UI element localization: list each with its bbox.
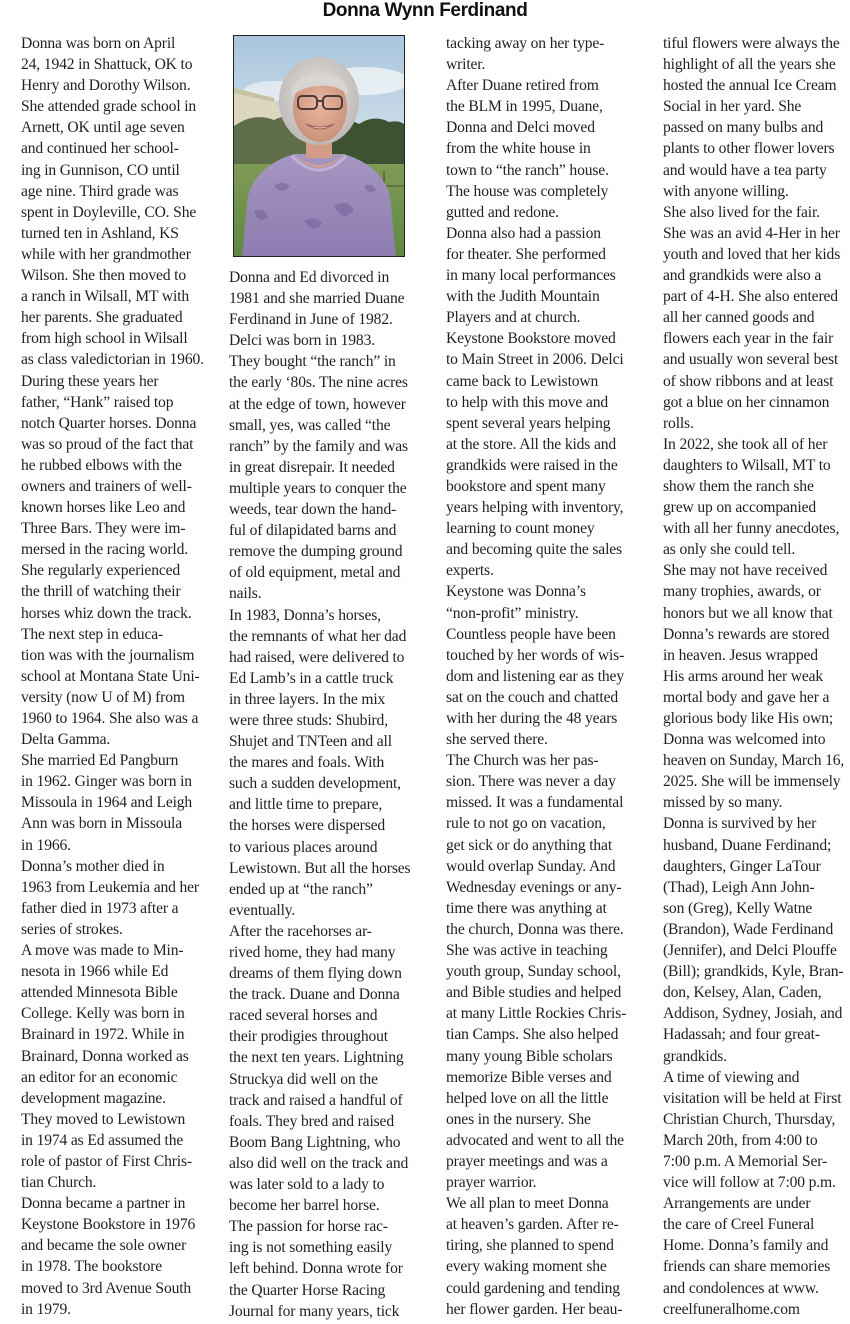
text-line: Keystone Bookstore in 1976	[8, 1214, 208, 1235]
column-1: Donna was born on April24, 1942 in Shatt…	[8, 33, 208, 1320]
text-line: 1960 to 1964. She also was a	[8, 708, 208, 729]
text-line: every waking moment she	[433, 1256, 636, 1277]
text-line: Wednesday evenings or any-	[433, 877, 636, 898]
text-line: ones in the nursery. She	[433, 1109, 636, 1130]
text-line: for theater. She performed	[433, 244, 636, 265]
text-line: helped love on all the little	[433, 1088, 636, 1109]
text-line: She may not have received	[650, 560, 850, 581]
text-line: town to “the ranch” house.	[433, 160, 636, 181]
text-line: series of strokes.	[8, 919, 208, 940]
paragraph: Donna became a partner inKeystone Bookst…	[8, 1193, 208, 1320]
text-line: rived home, they had many	[216, 942, 420, 963]
text-line: become her barrel horse.	[216, 1195, 420, 1216]
text-line: tian Camps. She also helped	[433, 1024, 636, 1045]
text-line: ing in Gunnison, CO until	[8, 160, 208, 181]
text-line: in heaven. Jesus wrapped	[650, 645, 850, 666]
text-line: ing is not something easily	[216, 1237, 420, 1258]
text-line: Ann was born in Missoula	[8, 813, 208, 834]
text-line: 2025. She will be immensely	[650, 771, 850, 792]
text-line: Shujet and TNTeen and all	[216, 731, 420, 752]
text-line: role of pastor of First Chris-	[8, 1151, 208, 1172]
text-line: mortal body and gave her a	[650, 687, 850, 708]
text-line: tion was with the journalism	[8, 645, 208, 666]
text-line: of old equipment, metal and	[216, 562, 420, 583]
text-line: the church, Donna was there.	[433, 919, 636, 940]
text-line: at the edge of town, however	[216, 394, 420, 415]
text-line: Donna was welcomed into	[650, 729, 850, 750]
text-line: years helping with inventory,	[433, 497, 636, 518]
text-line: Brainard in 1972. While in	[8, 1024, 208, 1045]
paragraph: tacking away on her type-writer.	[433, 33, 636, 75]
text-line: memorize Bible verses and	[433, 1067, 636, 1088]
text-line: 24, 1942 in Shattuck, OK to	[8, 54, 208, 75]
text-line: as class valedictorian in 1960.	[8, 349, 208, 370]
text-line: in three layers. In the mix	[216, 689, 420, 710]
text-line: would overlap Sunday. And	[433, 856, 636, 877]
obituary-title: Donna Wynn Ferdinand	[0, 0, 850, 24]
text-line: their prodigies throughout	[216, 1026, 420, 1047]
text-line: Donna was born on April	[8, 33, 208, 54]
text-line: moved to 3rd Avenue South	[8, 1278, 208, 1299]
text-line: such a sudden development,	[216, 773, 420, 794]
text-line: in 1962. Ginger was born in	[8, 771, 208, 792]
text-line: nails.	[216, 583, 420, 604]
text-line: with anyone willing.	[650, 181, 850, 202]
text-line: school at Montana State Uni-	[8, 666, 208, 687]
paragraph: A move was made to Min-nesota in 1966 wh…	[8, 940, 208, 1109]
text-line: heaven on Sunday, March 16,	[650, 750, 850, 771]
text-line: (Thad), Leigh Ann John-	[650, 877, 850, 898]
text-line: the Quarter Horse Racing	[216, 1280, 420, 1301]
paragraph: Donna and Ed divorced in1981 and she mar…	[216, 267, 420, 351]
text-line: to various places around	[216, 837, 420, 858]
text-line: of show ribbons and at least	[650, 371, 850, 392]
text-line: the next ten years. Lightning	[216, 1047, 420, 1068]
text-line: hosted the annual Ice Cream	[650, 75, 850, 96]
text-line: dom and listening ear as they	[433, 666, 636, 687]
text-line: with her during the 48 years	[433, 708, 636, 729]
text-line: Boom Bang Lightning, who	[216, 1132, 420, 1153]
text-line: in 1979.	[8, 1299, 208, 1320]
text-line: from the white house in	[433, 138, 636, 159]
text-line: got a blue on her cinnamon	[650, 392, 850, 413]
text-line: Keystone Bookstore moved	[433, 328, 636, 349]
text-line: honors but we all know that	[650, 603, 850, 624]
text-line: The house was completely	[433, 181, 636, 202]
paragraph: Keystone was Donna’s“non-profit” ministr…	[433, 581, 636, 750]
paragraph: Donna’s mother died in1963 from Leukemia…	[8, 856, 208, 940]
text-line: Arrangements are under	[650, 1193, 850, 1214]
text-line: Missoula in 1964 and Leigh	[8, 792, 208, 813]
text-line: tiring, she planned to spend	[433, 1235, 636, 1256]
text-line: After the racehorses ar-	[216, 921, 420, 942]
text-line: father died in 1973 after a	[8, 898, 208, 919]
text-line: creelfuneralhome.com	[650, 1299, 850, 1320]
text-line: at heaven’s garden. After re-	[433, 1214, 636, 1235]
text-line: her parents. She graduated	[8, 307, 208, 328]
paragraph: tiful flowers were always thehighlight o…	[650, 33, 850, 202]
paragraph: She may not have receivedmany trophies, …	[650, 560, 850, 813]
text-line: Ferdinand in June of 1982.	[216, 309, 420, 330]
text-line: rule to not go on vacation,	[433, 813, 636, 834]
text-line: foals. They bred and raised	[216, 1111, 420, 1132]
text-line: and little time to prepare,	[216, 794, 420, 815]
text-line: came back to Lewistown	[433, 371, 636, 392]
text-line: left behind. Donna wrote for	[216, 1258, 420, 1279]
text-line: and becoming quite the sales	[433, 539, 636, 560]
text-line: She married Ed Pangburn	[8, 750, 208, 771]
text-line: an editor for an economic	[8, 1067, 208, 1088]
text-line: in many local performances	[433, 265, 636, 286]
text-line: turned ten in Ashland, KS	[8, 223, 208, 244]
text-line: show them the ranch she	[650, 476, 850, 497]
text-line: youth and loved that her kids	[650, 244, 850, 265]
text-line: The passion for horse rac-	[216, 1216, 420, 1237]
text-line: “non-profit” ministry.	[433, 603, 636, 624]
text-line: to help with this move and	[433, 392, 636, 413]
paragraph: She married Ed Pangburnin 1962. Ginger w…	[8, 750, 208, 855]
text-line: (Jennifer), and Delci Plouffe	[650, 940, 850, 961]
text-line: Addison, Sydney, Josiah, and	[650, 1003, 850, 1024]
text-line: and continued her school-	[8, 138, 208, 159]
text-line: She attended grade school in	[8, 96, 208, 117]
text-line: many trophies, awards, or	[650, 581, 850, 602]
text-line: tiful flowers were always the	[650, 33, 850, 54]
text-line: Three Bars. They were im-	[8, 518, 208, 539]
text-line: 1963 from Leukemia and her	[8, 877, 208, 898]
text-line: passed on many bulbs and	[650, 117, 850, 138]
text-line: the care of Creel Funeral	[650, 1214, 850, 1235]
text-line: raced several horses and	[216, 1005, 420, 1026]
text-line: They moved to Lewistown	[8, 1109, 208, 1130]
text-line: notch Quarter horses. Donna	[8, 413, 208, 434]
text-line: Wilson. She then moved to	[8, 265, 208, 286]
paragraph: Keystone Bookstore movedto Main Street i…	[433, 328, 636, 581]
portrait-image	[234, 36, 404, 256]
text-line: Hadassah; and four great-	[650, 1024, 850, 1045]
text-line: Arnett, OK until age seven	[8, 117, 208, 138]
text-line: attended Minnesota Bible	[8, 982, 208, 1003]
text-line: dreams of them flying down	[216, 963, 420, 984]
text-line: track and raised a handful of	[216, 1090, 420, 1111]
paragraph: The Church was her pas-sion. There was n…	[433, 750, 636, 940]
column-4: tiful flowers were always thehighlight o…	[650, 33, 850, 1320]
text-line: spent in Doyleville, CO. She	[8, 202, 208, 223]
text-line: and Bible studies and helped	[433, 982, 636, 1003]
text-line: friends can share memories	[650, 1256, 850, 1277]
text-line: at many Little Rockies Chris-	[433, 1003, 636, 1024]
text-line: Social in her yard. She	[650, 96, 850, 117]
text-line: Donna also had a passion	[433, 223, 636, 244]
text-line: multiple years to conquer the	[216, 478, 420, 499]
text-line: Home. Donna’s family and	[650, 1235, 850, 1256]
text-line: ful of dilapidated barns and	[216, 520, 420, 541]
text-line: Donna’s rewards are stored	[650, 624, 850, 645]
text-line: ended up at “the ranch”	[216, 879, 420, 900]
text-line: time there was anything at	[433, 898, 636, 919]
text-line: in 1966.	[8, 835, 208, 856]
text-line: she served there.	[433, 729, 636, 750]
text-line: Delci was born in 1983.	[216, 330, 420, 351]
text-line: grew up on accompanied	[650, 497, 850, 518]
text-line: and grandkids were also a	[650, 265, 850, 286]
text-line: In 1983, Donna’s horses,	[216, 605, 420, 626]
text-line: were three studs: Shubird,	[216, 710, 420, 731]
text-line: flowers each year in the fair	[650, 328, 850, 349]
text-line: His arms around her weak	[650, 666, 850, 687]
text-line: grandkids were raised in the	[433, 455, 636, 476]
text-line: daughters to Wilsall, MT to	[650, 455, 850, 476]
text-line: She was an avid 4-Her in her	[650, 223, 850, 244]
paragraph: In 1983, Donna’s horses,the remnants of …	[216, 605, 420, 921]
paragraph: They moved to Lewistownin 1974 as Ed ass…	[8, 1109, 208, 1193]
paragraph: We all plan to meet Donnaat heaven’s gar…	[433, 1193, 636, 1320]
text-line: he rubbed elbows with the	[8, 455, 208, 476]
text-line: Donna is survived by her	[650, 813, 850, 834]
text-line: while with her grandmother	[8, 244, 208, 265]
paragraph: Donna is survived by herhusband, Duane F…	[650, 813, 850, 1066]
paragraph: She also lived for the fair.She was an a…	[650, 202, 850, 434]
text-line: missed by so many.	[650, 792, 850, 813]
text-line: learning to count money	[433, 518, 636, 539]
text-line: During these years her	[8, 371, 208, 392]
text-line: Journal for many years, tick	[216, 1301, 420, 1322]
text-line: the early ‘80s. The nine acres	[216, 372, 420, 393]
text-line: (Bill); grandkids, Kyle, Bran-	[650, 961, 850, 982]
text-line: The next step in educa-	[8, 624, 208, 645]
text-line: could gardening and tending	[433, 1278, 636, 1299]
text-line: and would have a tea party	[650, 160, 850, 181]
text-line: to Main Street in 2006. Delci	[433, 349, 636, 370]
text-line: vice will follow at 7:00 p.m.	[650, 1172, 850, 1193]
text-line: the horses were dispersed	[216, 815, 420, 836]
portrait-photo	[233, 35, 405, 257]
paragraph: The passion for horse rac-ing is not som…	[216, 1216, 420, 1321]
text-line: Donna and Ed divorced in	[216, 267, 420, 288]
text-line: her flower garden. Her beau-	[433, 1299, 636, 1320]
text-line: glorious body like His own;	[650, 708, 850, 729]
text-line: Donna’s mother died in	[8, 856, 208, 877]
text-line: Lewistown. But all the horses	[216, 858, 420, 879]
text-line: in great disrepair. It needed	[216, 457, 420, 478]
text-line: was so proud of the fact that	[8, 434, 208, 455]
text-line: remove the dumping ground	[216, 541, 420, 562]
text-line: March 20th, from 4:00 to	[650, 1130, 850, 1151]
paragraph: Donna also had a passionfor theater. She…	[433, 223, 636, 328]
text-line: Keystone was Donna’s	[433, 581, 636, 602]
text-line: They bought “the ranch” in	[216, 351, 420, 372]
text-line: at the store. All the kids and	[433, 434, 636, 455]
paragraph: She was active in teachingyouth group, S…	[433, 940, 636, 1193]
text-line: and condolences at www.	[650, 1278, 850, 1299]
text-line: She also lived for the fair.	[650, 202, 850, 223]
column-3: tacking away on her type-writer.After Du…	[433, 33, 636, 1320]
text-line: We all plan to meet Donna	[433, 1193, 636, 1214]
text-line: experts.	[433, 560, 636, 581]
paragraph: They bought “the ranch” inthe early ‘80s…	[216, 351, 420, 604]
text-line: the track. Duane and Donna	[216, 984, 420, 1005]
column-2: Donna and Ed divorced in1981 and she mar…	[216, 33, 420, 1322]
text-line: She regularly experienced	[8, 560, 208, 581]
text-line: a ranch in Wilsall, MT with	[8, 286, 208, 307]
text-line: Donna and Delci moved	[433, 117, 636, 138]
text-line: eventually.	[216, 900, 420, 921]
text-line: prayer meetings and was a	[433, 1151, 636, 1172]
text-line: as only she could tell.	[650, 539, 850, 560]
text-line: 1981 and she married Duane	[216, 288, 420, 309]
paragraph: Donna was born on April24, 1942 in Shatt…	[8, 33, 208, 371]
text-line: versity (now U of M) from	[8, 687, 208, 708]
text-line: the mares and foals. With	[216, 752, 420, 773]
paragraph: After the racehorses ar-rived home, they…	[216, 921, 420, 1216]
text-line: highlight of all the years she	[650, 54, 850, 75]
text-line: all her canned goods and	[650, 307, 850, 328]
text-line: in 1974 as Ed assumed the	[8, 1130, 208, 1151]
text-line: In 2022, she took all of her	[650, 434, 850, 455]
text-line: Players and at church.	[433, 307, 636, 328]
text-line: daughters, Ginger LaTour	[650, 856, 850, 877]
text-line: Delta Gamma.	[8, 729, 208, 750]
text-line: small, yes, was called “the	[216, 415, 420, 436]
text-line: visitation will be held at First	[650, 1088, 850, 1109]
text-line: was later sold to a lady to	[216, 1174, 420, 1195]
text-line: Countless people have been	[433, 624, 636, 645]
text-line: many young Bible scholars	[433, 1046, 636, 1067]
text-line: development magazine.	[8, 1088, 208, 1109]
text-line: bookstore and spent many	[433, 476, 636, 497]
text-line: missed. It was a fundamental	[433, 792, 636, 813]
text-line: Brainard, Donna worked as	[8, 1046, 208, 1067]
text-line: sion. There was never a day	[433, 771, 636, 792]
text-line: from high school in Wilsall	[8, 328, 208, 349]
text-line: rolls.	[650, 413, 850, 434]
text-line: advocated and went to all the	[433, 1130, 636, 1151]
paragraph: After Duane retired fromthe BLM in 1995,…	[433, 75, 636, 223]
text-line: Struckya did well on the	[216, 1069, 420, 1090]
text-line: touched by her words of wis-	[433, 645, 636, 666]
text-line: College. Kelly was born in	[8, 1003, 208, 1024]
text-line: and usually won several best	[650, 349, 850, 370]
text-line: She was active in teaching	[433, 940, 636, 961]
text-line: known horses like Leo and	[8, 497, 208, 518]
text-line: A time of viewing and	[650, 1067, 850, 1088]
text-line: Donna became a partner in	[8, 1193, 208, 1214]
text-line: don, Kelsey, Alan, Caden,	[650, 982, 850, 1003]
text-line: the thrill of watching their	[8, 581, 208, 602]
text-line: After Duane retired from	[433, 75, 636, 96]
text-line: ranch” by the family and was	[216, 436, 420, 457]
text-line: with the Judith Mountain	[433, 286, 636, 307]
text-line: son (Greg), Kelly Watne	[650, 898, 850, 919]
text-line: Christian Church, Thursday,	[650, 1109, 850, 1130]
text-line: with all her funny anecdotes,	[650, 518, 850, 539]
text-line: plants to other flower lovers	[650, 138, 850, 159]
text-line: also did well on the track and	[216, 1153, 420, 1174]
paragraph: Arrangements are underthe care of Creel …	[650, 1193, 850, 1320]
text-line: sat on the couch and chatted	[433, 687, 636, 708]
paragraph: In 2022, she took all of herdaughters to…	[650, 434, 850, 561]
text-line: in 1978. The bookstore	[8, 1256, 208, 1277]
text-line: and became the sole owner	[8, 1235, 208, 1256]
text-line: Henry and Dorothy Wilson.	[8, 75, 208, 96]
text-line: prayer warrior.	[433, 1172, 636, 1193]
text-line: A move was made to Min-	[8, 940, 208, 961]
text-line: father, “Hank” raised top	[8, 392, 208, 413]
paragraph: During these years herfather, “Hank” rai…	[8, 371, 208, 624]
text-line: gutted and redone.	[433, 202, 636, 223]
text-line: tian Church.	[8, 1172, 208, 1193]
text-line: had raised, were delivered to	[216, 647, 420, 668]
text-line: age nine. Third grade was	[8, 181, 208, 202]
text-line: writer.	[433, 54, 636, 75]
text-line: (Brandon), Wade Ferdinand	[650, 919, 850, 940]
text-line: 7:00 p.m. A Memorial Ser-	[650, 1151, 850, 1172]
text-line: tacking away on her type-	[433, 33, 636, 54]
text-line: weeds, tear down the hand-	[216, 499, 420, 520]
paragraph: The next step in educa-tion was with the…	[8, 624, 208, 751]
text-line: get sick or do anything that	[433, 835, 636, 856]
text-line: youth group, Sunday school,	[433, 961, 636, 982]
text-line: Ed Lamb’s in a cattle truck	[216, 668, 420, 689]
text-line: owners and trainers of well-	[8, 476, 208, 497]
text-line: nesota in 1966 while Ed	[8, 961, 208, 982]
text-line: mersed in the racing world.	[8, 539, 208, 560]
text-line: spent several years helping	[433, 413, 636, 434]
column-2-text: Donna and Ed divorced in1981 and she mar…	[216, 267, 420, 1322]
text-line: the BLM in 1995, Duane,	[433, 96, 636, 117]
paragraph: A time of viewing andvisitation will be …	[650, 1067, 850, 1194]
text-line: husband, Duane Ferdinand;	[650, 835, 850, 856]
text-line: The Church was her pas-	[433, 750, 636, 771]
text-line: grandkids.	[650, 1046, 850, 1067]
text-line: the remnants of what her dad	[216, 626, 420, 647]
text-line: horses whiz down the track.	[8, 603, 208, 624]
text-line: part of 4-H. She also entered	[650, 286, 850, 307]
